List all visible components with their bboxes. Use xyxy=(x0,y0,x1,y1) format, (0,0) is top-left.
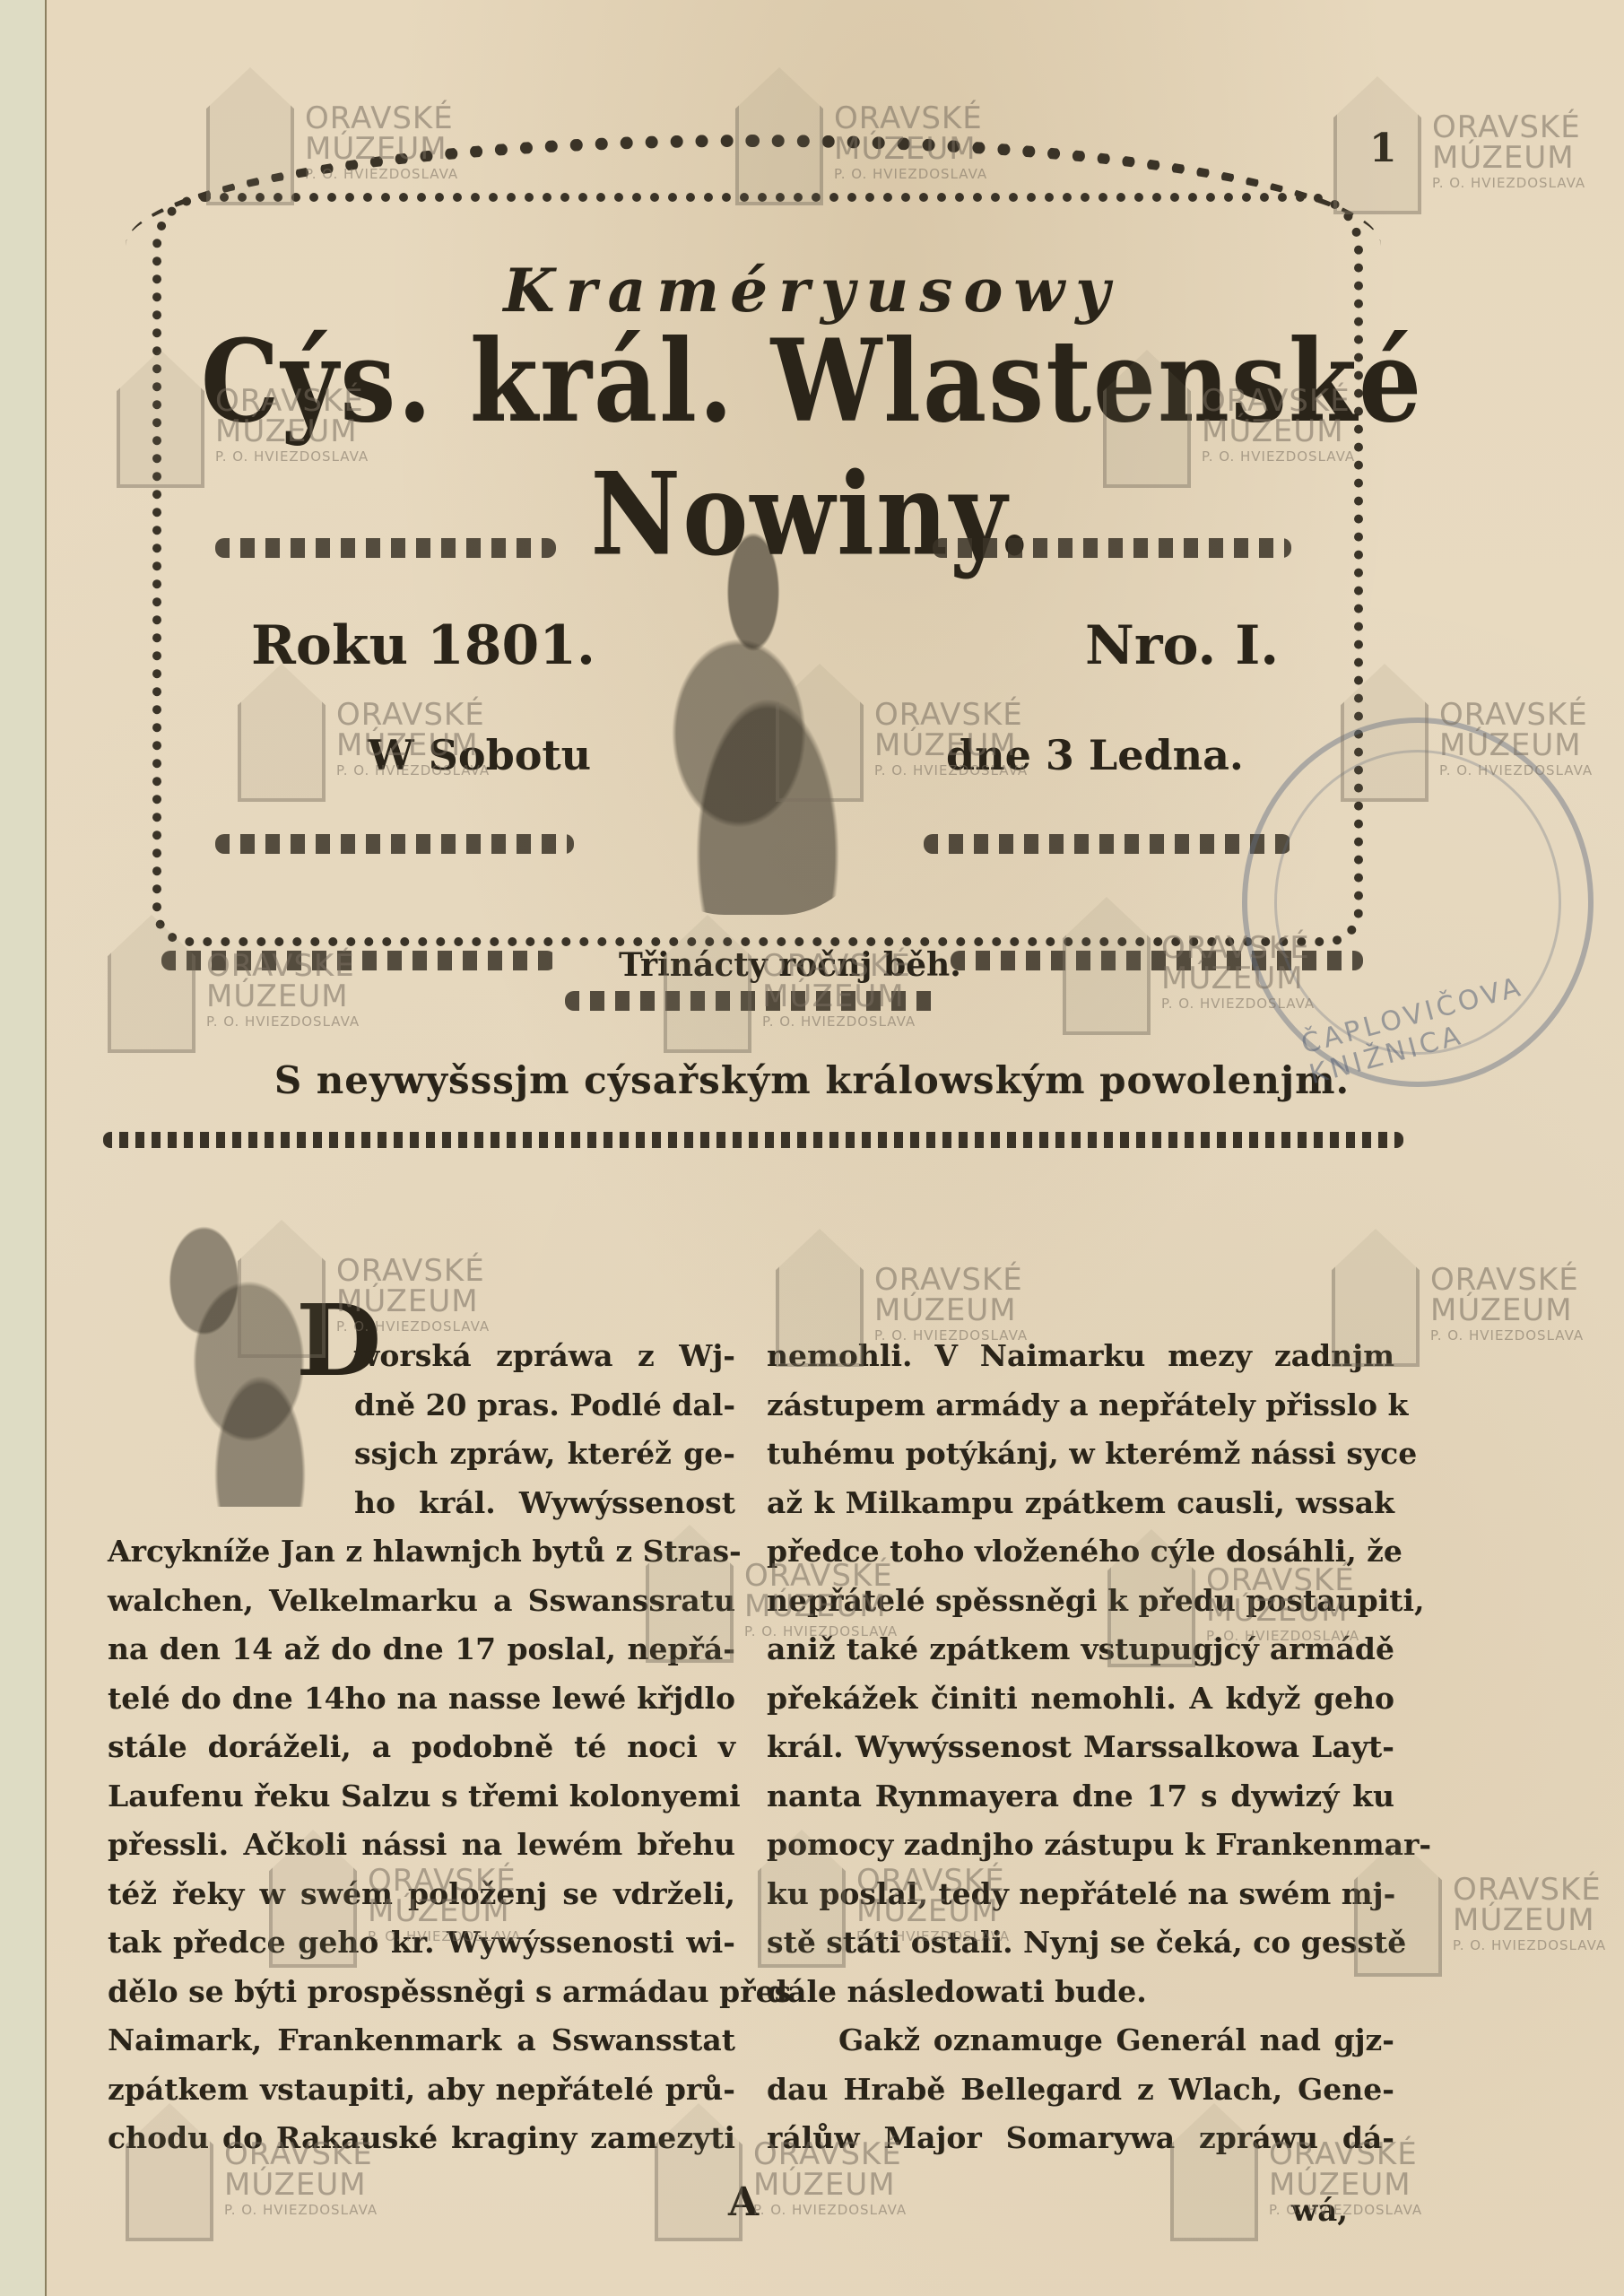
text-line: zpátkem vstaupiti, aby nepřátelé prů- xyxy=(108,2066,735,2115)
text-line: ho král. Wywýssenost xyxy=(354,1479,735,1528)
ornament-garland-left xyxy=(161,951,556,970)
text-line: zástupem armády a nepřátely přisslo k xyxy=(767,1381,1394,1431)
text-line: král. Wywýssenost Marssalkowa Layt- xyxy=(767,1723,1394,1772)
text-line: dně 20 pras. Podlé dal- xyxy=(354,1381,735,1431)
text-line: stě státi ostali. Nynj se čeká, co gesst… xyxy=(767,1918,1394,1968)
text-line: dále následowati bude. xyxy=(767,1968,1394,2017)
ornament-row-right-upper xyxy=(933,538,1291,558)
ornament-row-right-lower xyxy=(924,834,1291,854)
ornament-garland-center xyxy=(565,991,942,1011)
cherub-figure-illustration xyxy=(610,511,897,915)
text-line: Arcykníže Jan z hlawnjch bytů z Stras- xyxy=(108,1527,735,1577)
text-line: na den 14 až do dne 17 poslal, nepřá- xyxy=(108,1625,735,1674)
text-line: až k Milkampu zpátkem causli, wssak xyxy=(767,1479,1394,1528)
ornamental-divider xyxy=(103,1132,1403,1148)
text-line: Laufenu řeku Salzu s třemi kolonyemi xyxy=(108,1772,735,1822)
volume-motto: Třinácty ročnj běh. xyxy=(619,946,961,984)
newspaper-page: 1 Kraméryusowy Cýs. král. Wlastenské Now… xyxy=(0,0,1624,2296)
text-line: rálůw Major Somarywa zpráwu dá- xyxy=(767,2114,1394,2163)
text-line: nanta Rynmayera dne 17 s dywizý ku xyxy=(767,1772,1394,1822)
catchword: wá, xyxy=(1291,2193,1348,2229)
text-line: telé do dne 14ho na nasse lewé křjdlo xyxy=(108,1674,735,1724)
watermark: ORAVSKÉ MÚZEUM P. O. HVIEZDOSLAVA xyxy=(1430,1265,1584,1343)
text-line: dau Hrabě Bellegard z Wlach, Gene- xyxy=(767,2066,1394,2115)
ornament-row-left-upper xyxy=(215,538,556,558)
text-line: též řeky w swém položenj se vdrželi, xyxy=(108,1870,735,1919)
watermark: ORAVSKÉ MÚZEUM P. O. HVIEZDOSLAVA xyxy=(1432,112,1585,190)
article-left-column: Arcykníže Jan z hlawnjch bytů z Stras- w… xyxy=(108,1527,735,2163)
watermark: ORAVSKÉ MÚZEUM P. O. HVIEZDOSLAVA xyxy=(874,1265,1028,1343)
text-line: nemohli. V Naimarku mezy zadnjm xyxy=(767,1332,1394,1381)
text-line: worská zpráwa z Wj- xyxy=(354,1332,735,1381)
text-line: stále doráželi, a podobně té noci v xyxy=(108,1723,735,1772)
year-label: Roku 1801. xyxy=(251,614,595,677)
weekday: W Sobotu xyxy=(368,731,591,779)
text-line: ku poslal, tedy nepřátelé na swém mj- xyxy=(767,1870,1394,1919)
page-number: 1 xyxy=(1369,126,1397,171)
text-line: tuhému potýkánj, w kterémž nássi syce xyxy=(767,1430,1394,1479)
library-stamp: ČAPLOVIČOVA KNIŽNICA xyxy=(1242,717,1594,1087)
issue-number: Nro. I. xyxy=(1085,614,1279,677)
text-line: Naimark, Frankenmark a Sswansstat xyxy=(108,2016,735,2066)
text-line: Gakž oznamuge Generál nad gjz- xyxy=(767,2016,1394,2066)
article-intro-lines: worská zpráwa z Wj- dně 20 pras. Podlé d… xyxy=(354,1332,735,1527)
text-line: pomocy zadnjho zástupu k Frankenmar- xyxy=(767,1821,1394,1870)
text-line: dělo se býti prospěssněgi s armádau přes xyxy=(108,1968,735,2017)
watermark: ORAVSKÉ MÚZEUM P. O. HVIEZDOSLAVA xyxy=(1453,1874,1606,1952)
text-line: překážek činiti nemohli. A když geho xyxy=(767,1674,1394,1724)
text-line: tak předce geho kr. Wywýssenosti wi- xyxy=(108,1918,735,1968)
text-line: ssjch zpráw, kteréž ge- xyxy=(354,1430,735,1479)
text-line: walchen, Velkelmarku a Sswanssratu xyxy=(108,1577,735,1626)
article-right-column: nemohli. V Naimarku mezy zadnjm zástupem… xyxy=(767,1332,1394,2163)
text-line: nepřátelé spěssněgi k předu postaupiti, xyxy=(767,1577,1394,1626)
text-line: chodu do Rakauské kraginy zamezyti xyxy=(108,2114,735,2163)
text-line: předce toho vloženého cýle dosáhli, že xyxy=(767,1527,1394,1577)
text-line: přessli. Ačkoli nássi na lewém břehu xyxy=(108,1821,735,1870)
ornament-row-left-lower xyxy=(215,834,574,854)
text-line: aniž také zpátkem vstupugjcý armádě xyxy=(767,1625,1394,1674)
issue-date: dne 3 Ledna. xyxy=(946,731,1244,779)
signature-mark: A xyxy=(728,2179,759,2225)
